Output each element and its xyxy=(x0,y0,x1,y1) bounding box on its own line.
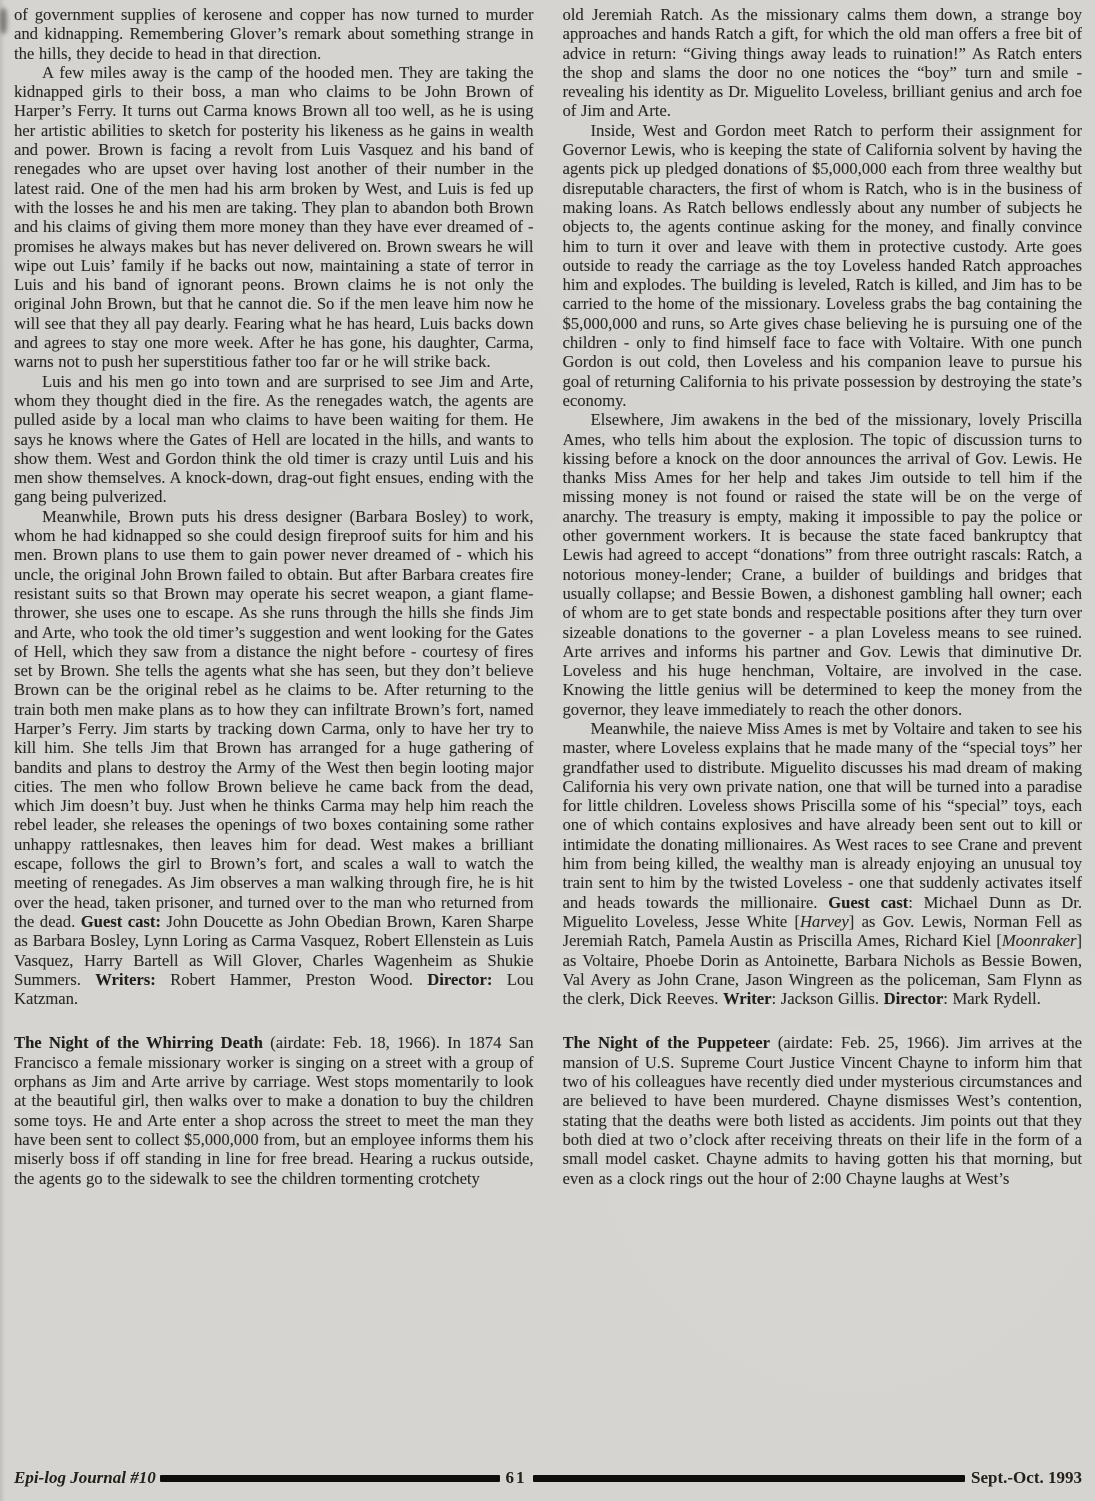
paragraph: Luis and his men go into town and are su… xyxy=(14,372,534,507)
paragraph: of government supplies of kerosene and c… xyxy=(14,5,534,63)
text-run: : Mark Rydell. xyxy=(943,989,1041,1008)
page-number: 61 xyxy=(506,1468,527,1488)
bold-run: Writers: xyxy=(95,970,156,989)
italic-run: Harvey xyxy=(800,912,849,931)
bold-run: Director: xyxy=(427,970,492,989)
episode-title: The Night of the Puppeteer xyxy=(563,1033,770,1052)
text-run: Robert Hammer, Preston Wood. xyxy=(156,970,428,989)
paragraph: Inside, West and Gordon meet Ratch to pe… xyxy=(563,121,1083,410)
paragraph: Meanwhile, Brown puts his dress designer… xyxy=(14,507,534,1009)
text-run: Inside, West and Gordon meet Ratch to pe… xyxy=(563,121,1083,410)
bold-run: Director xyxy=(884,989,944,1008)
journal-title: Epi-log Journal #10 xyxy=(14,1468,156,1488)
text-run: Meanwhile, Brown puts his dress designer… xyxy=(14,507,534,931)
bold-run: Guest cast xyxy=(828,893,908,912)
paragraph: A few miles away is the camp of the hood… xyxy=(14,63,534,372)
text-run: Elsewhere, Jim awakens in the bed of the… xyxy=(563,410,1083,718)
left-column: of government supplies of kerosene and c… xyxy=(14,5,534,1455)
bold-run: Writer xyxy=(723,989,772,1008)
text-run: (airdate: Feb. 25, 1966). Jim arrives at… xyxy=(563,1033,1083,1187)
footer-rule-left xyxy=(160,1475,500,1482)
text-run: Meanwhile, the naieve Miss Ames is met b… xyxy=(563,719,1083,912)
right-column: old Jeremiah Ratch. As the missionary ca… xyxy=(563,5,1083,1455)
text-run: (airdate: Feb. 18, 1966). In 1874 San Fr… xyxy=(14,1033,534,1187)
article-columns: of government supplies of kerosene and c… xyxy=(14,5,1082,1455)
paragraph: Meanwhile, the naieve Miss Ames is met b… xyxy=(563,719,1083,1008)
text-run: A few miles away is the camp of the hood… xyxy=(14,63,534,371)
italic-run: Moonraker xyxy=(1002,931,1077,950)
episode-paragraph: The Night of the Puppeteer (airdate: Feb… xyxy=(563,1033,1083,1187)
scan-artifact xyxy=(0,8,7,34)
text-run: : Jackson Gillis. xyxy=(772,989,884,1008)
paragraph: Elsewhere, Jim awakens in the bed of the… xyxy=(563,410,1083,719)
episode-title: The Night of the Whirring Death xyxy=(14,1033,263,1052)
journal-page: of government supplies of kerosene and c… xyxy=(0,0,1095,1501)
footer-rule-right xyxy=(533,1475,966,1482)
page-footer: Epi-log Journal #10 61 Sept.-Oct. 1993 xyxy=(14,1467,1082,1489)
bold-run: Guest cast: xyxy=(81,912,161,931)
text-run: old Jeremiah Ratch. As the missionary ca… xyxy=(563,5,1083,120)
issue-date: Sept.-Oct. 1993 xyxy=(971,1468,1082,1488)
paragraph: old Jeremiah Ratch. As the missionary ca… xyxy=(563,5,1083,121)
text-run: of government supplies of kerosene and c… xyxy=(14,5,534,63)
episode-paragraph: The Night of the Whirring Death (airdate… xyxy=(14,1033,534,1187)
text-run: Luis and his men go into town and are su… xyxy=(14,372,534,507)
